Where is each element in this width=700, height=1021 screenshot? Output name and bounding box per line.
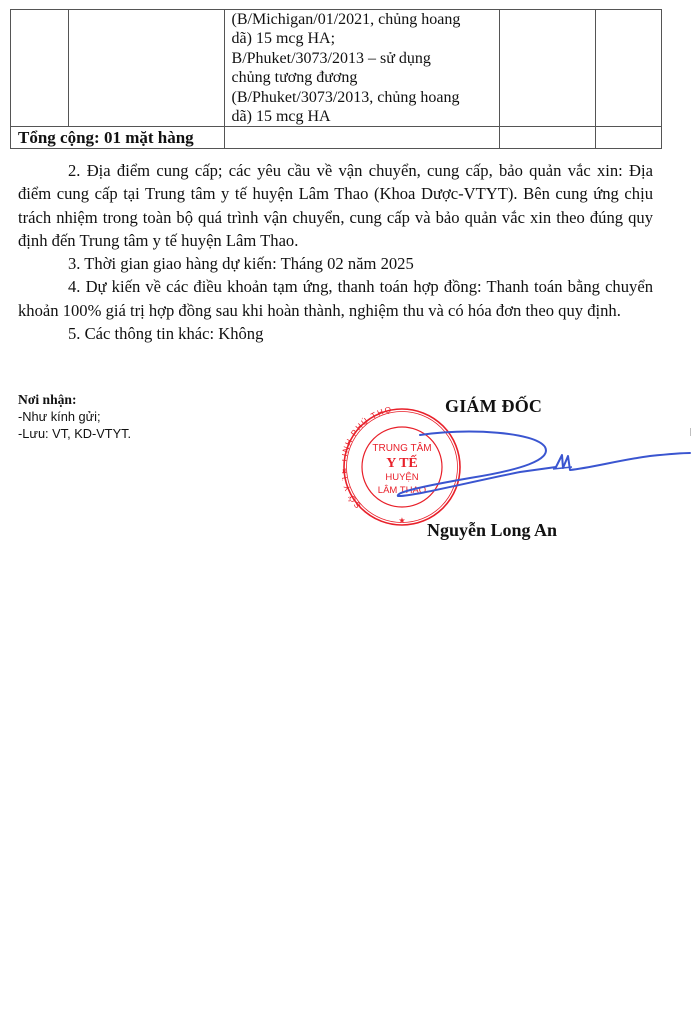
table-row: (B/Michigan/01/2021, chủng hoang dã) 15 …	[11, 10, 662, 127]
table-cell-quantity	[596, 10, 662, 127]
paragraph-payment-terms: 4. Dự kiến về các điều khoản tạm ứng, th…	[18, 275, 653, 322]
stamp-line: LÂM THAO	[378, 485, 426, 496]
recipients-title: Nơi nhận:	[18, 391, 131, 408]
spec-line: (B/Phuket/3073/2013, chủng hoang	[232, 88, 495, 107]
scan-edge-mark	[690, 428, 691, 436]
recipients-block: Nơi nhận: -Như kính gửi; -Lưu: VT, KD-VT…	[18, 391, 131, 442]
spec-line: chủng tương đương	[232, 68, 495, 87]
official-stamp: SỞ Y TẾ TỈNH PHÚ THỌ ★ TRUNG TÂM Y TẾ HU…	[342, 405, 462, 535]
table-cell-specification: (B/Michigan/01/2021, chủng hoang dã) 15 …	[224, 10, 499, 127]
star-icon: ★	[398, 516, 405, 525]
table-cell-empty	[499, 127, 595, 149]
table-cell-index	[11, 10, 69, 127]
document-body: 2. Địa điểm cung cấp; các yêu cầu về vận…	[18, 159, 653, 345]
spec-line: (B/Michigan/01/2021, chủng hoang	[232, 10, 495, 29]
paragraph-delivery-location: 2. Địa điểm cung cấp; các yêu cầu về vận…	[18, 159, 653, 252]
spec-line: dã) 15 mcg HA	[232, 107, 495, 126]
paragraph-delivery-time: 3. Thời gian giao hàng dự kiến: Tháng 02…	[18, 252, 653, 275]
table-total-row: Tổng cộng: 01 mặt hàng	[11, 127, 662, 149]
spec-line: B/Phuket/3073/2013 – sử dụng	[232, 49, 495, 68]
signer-name: Nguyễn Long An	[427, 520, 557, 541]
vaccine-items-table: (B/Michigan/01/2021, chủng hoang dã) 15 …	[10, 9, 662, 149]
stamp-line: Y TẾ	[386, 454, 418, 471]
spec-line: dã) 15 mcg HA;	[232, 29, 495, 48]
paragraph-other-info: 5. Các thông tin khác: Không	[18, 322, 653, 345]
total-label: Tổng cộng: 01 mặt hàng	[11, 127, 225, 149]
stamp-line: HUYỆN	[385, 472, 418, 483]
table-cell-name	[68, 10, 224, 127]
recipient-line: -Lưu: VT, KD-VTYT.	[18, 425, 131, 442]
stamp-line: TRUNG TÂM	[372, 441, 431, 454]
table-cell-empty	[596, 127, 662, 149]
table-cell-empty	[224, 127, 499, 149]
recipient-line: -Như kính gửi;	[18, 408, 131, 425]
table-cell-unit	[499, 10, 595, 127]
